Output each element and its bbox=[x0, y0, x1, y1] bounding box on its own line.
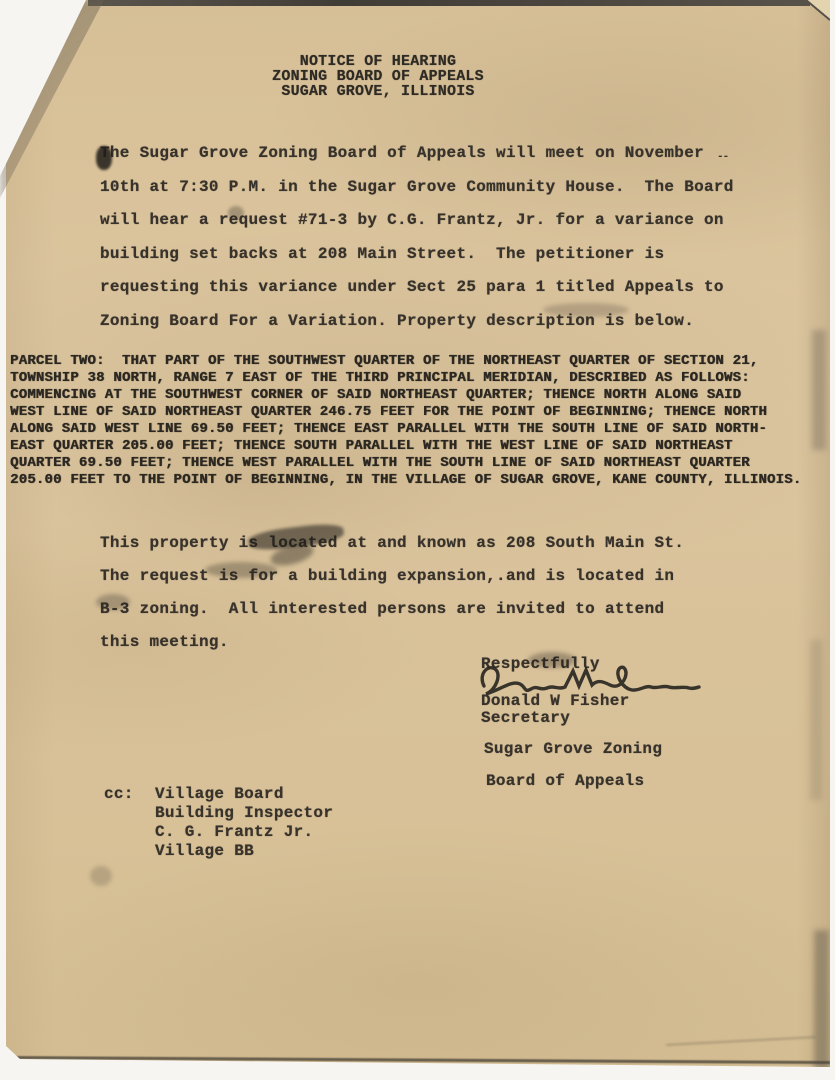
corner-fold bbox=[800, 0, 830, 22]
legal-line: COMMENCING AT THE SOUTHWEST CORNER OF SA… bbox=[10, 387, 801, 404]
ink-smudge bbox=[228, 206, 244, 220]
ink-smudge bbox=[543, 303, 629, 317]
ink-smudge bbox=[205, 562, 277, 578]
scan-background: NOTICE OF HEARING ZONING BOARD OF APPEAL… bbox=[0, 0, 835, 1080]
scan-edge-strip bbox=[88, 0, 810, 6]
ink-smudge bbox=[96, 594, 130, 610]
cc-label: cc: bbox=[104, 785, 134, 803]
edge-toner-smudge bbox=[810, 640, 822, 800]
cc-block: Village Board Building Inspector C. G. F… bbox=[155, 785, 333, 861]
cc-recipient: Building Inspector bbox=[155, 804, 333, 823]
legal-line: EAST QUARTER 205.00 FEET; THENCE SOUTH P… bbox=[10, 438, 801, 455]
signer-name: Donald W Fisher bbox=[481, 692, 630, 710]
org-line-2: Board of Appeals bbox=[486, 772, 644, 790]
org-line-1: Sugar Grove Zoning bbox=[484, 740, 662, 758]
intro-line: 10th at 7:30 P.M. in the Sugar Grove Com… bbox=[100, 171, 734, 205]
legal-description-paragraph: PARCEL TWO: THAT PART OF THE SOUTHWEST Q… bbox=[10, 353, 801, 489]
intro-line: will hear a request #71-3 by C.G. Frantz… bbox=[100, 204, 734, 238]
legal-line: 205.00 FEET TO THE POINT OF BEGINNING, I… bbox=[10, 472, 801, 489]
edge-toner-smudge bbox=[814, 930, 829, 1075]
intro-line: requesting this variance under Sect 25 p… bbox=[100, 271, 734, 305]
title-line: ZONING BOARD OF APPEALS bbox=[222, 69, 534, 84]
ink-blot-over-date-digit bbox=[96, 146, 112, 170]
intro-line: Zoning Board For a Variation. Property d… bbox=[100, 305, 734, 339]
legal-line: TOWNSHIP 38 NORTH, RANGE 7 EAST OF THE T… bbox=[10, 370, 801, 387]
title-line: SUGAR GROVE, ILLINOIS bbox=[222, 84, 534, 99]
legal-line: PARCEL TWO: THAT PART OF THE SOUTHWEST Q… bbox=[10, 353, 801, 370]
property-line: B-3 zoning. All interested persons are i… bbox=[100, 593, 684, 626]
cc-recipient: C. G. Frantz Jr. bbox=[155, 823, 333, 842]
paper-crease bbox=[666, 1036, 816, 1046]
signer-title: Secretary bbox=[481, 709, 570, 727]
legal-line: QUARTER 69.50 FEET; THENCE WEST PARALLEL… bbox=[10, 455, 801, 472]
cc-recipient: Village Board bbox=[155, 785, 333, 804]
overtype-correction-mark: -- bbox=[717, 151, 728, 163]
pencil-smudge bbox=[90, 866, 112, 886]
intro-paragraph: The Sugar Grove Zoning Board of Appeals … bbox=[100, 137, 734, 338]
scan-bottom-edge bbox=[6, 1056, 830, 1064]
legal-line: WEST LINE OF SAID NORTHEAST QUARTER 246.… bbox=[10, 404, 801, 421]
legal-line: ALONG SAID WEST LINE 69.50 FEET; THENCE … bbox=[10, 421, 801, 438]
paper: NOTICE OF HEARING ZONING BOARD OF APPEAL… bbox=[6, 0, 830, 1067]
intro-line: The Sugar Grove Zoning Board of Appeals … bbox=[100, 137, 734, 171]
property-line: This property is located at and known as… bbox=[100, 527, 684, 560]
property-line: The request is for a building expansion,… bbox=[100, 560, 684, 593]
edge-toner-smudge bbox=[812, 330, 826, 450]
document-title: NOTICE OF HEARING ZONING BOARD OF APPEAL… bbox=[222, 54, 534, 100]
cc-recipient: Village BB bbox=[155, 842, 333, 861]
intro-line: building set backs at 208 Main Street. T… bbox=[100, 238, 734, 272]
title-line: NOTICE OF HEARING bbox=[222, 54, 534, 69]
property-paragraph: This property is located at and known as… bbox=[100, 527, 684, 659]
ink-smudge bbox=[528, 652, 576, 668]
